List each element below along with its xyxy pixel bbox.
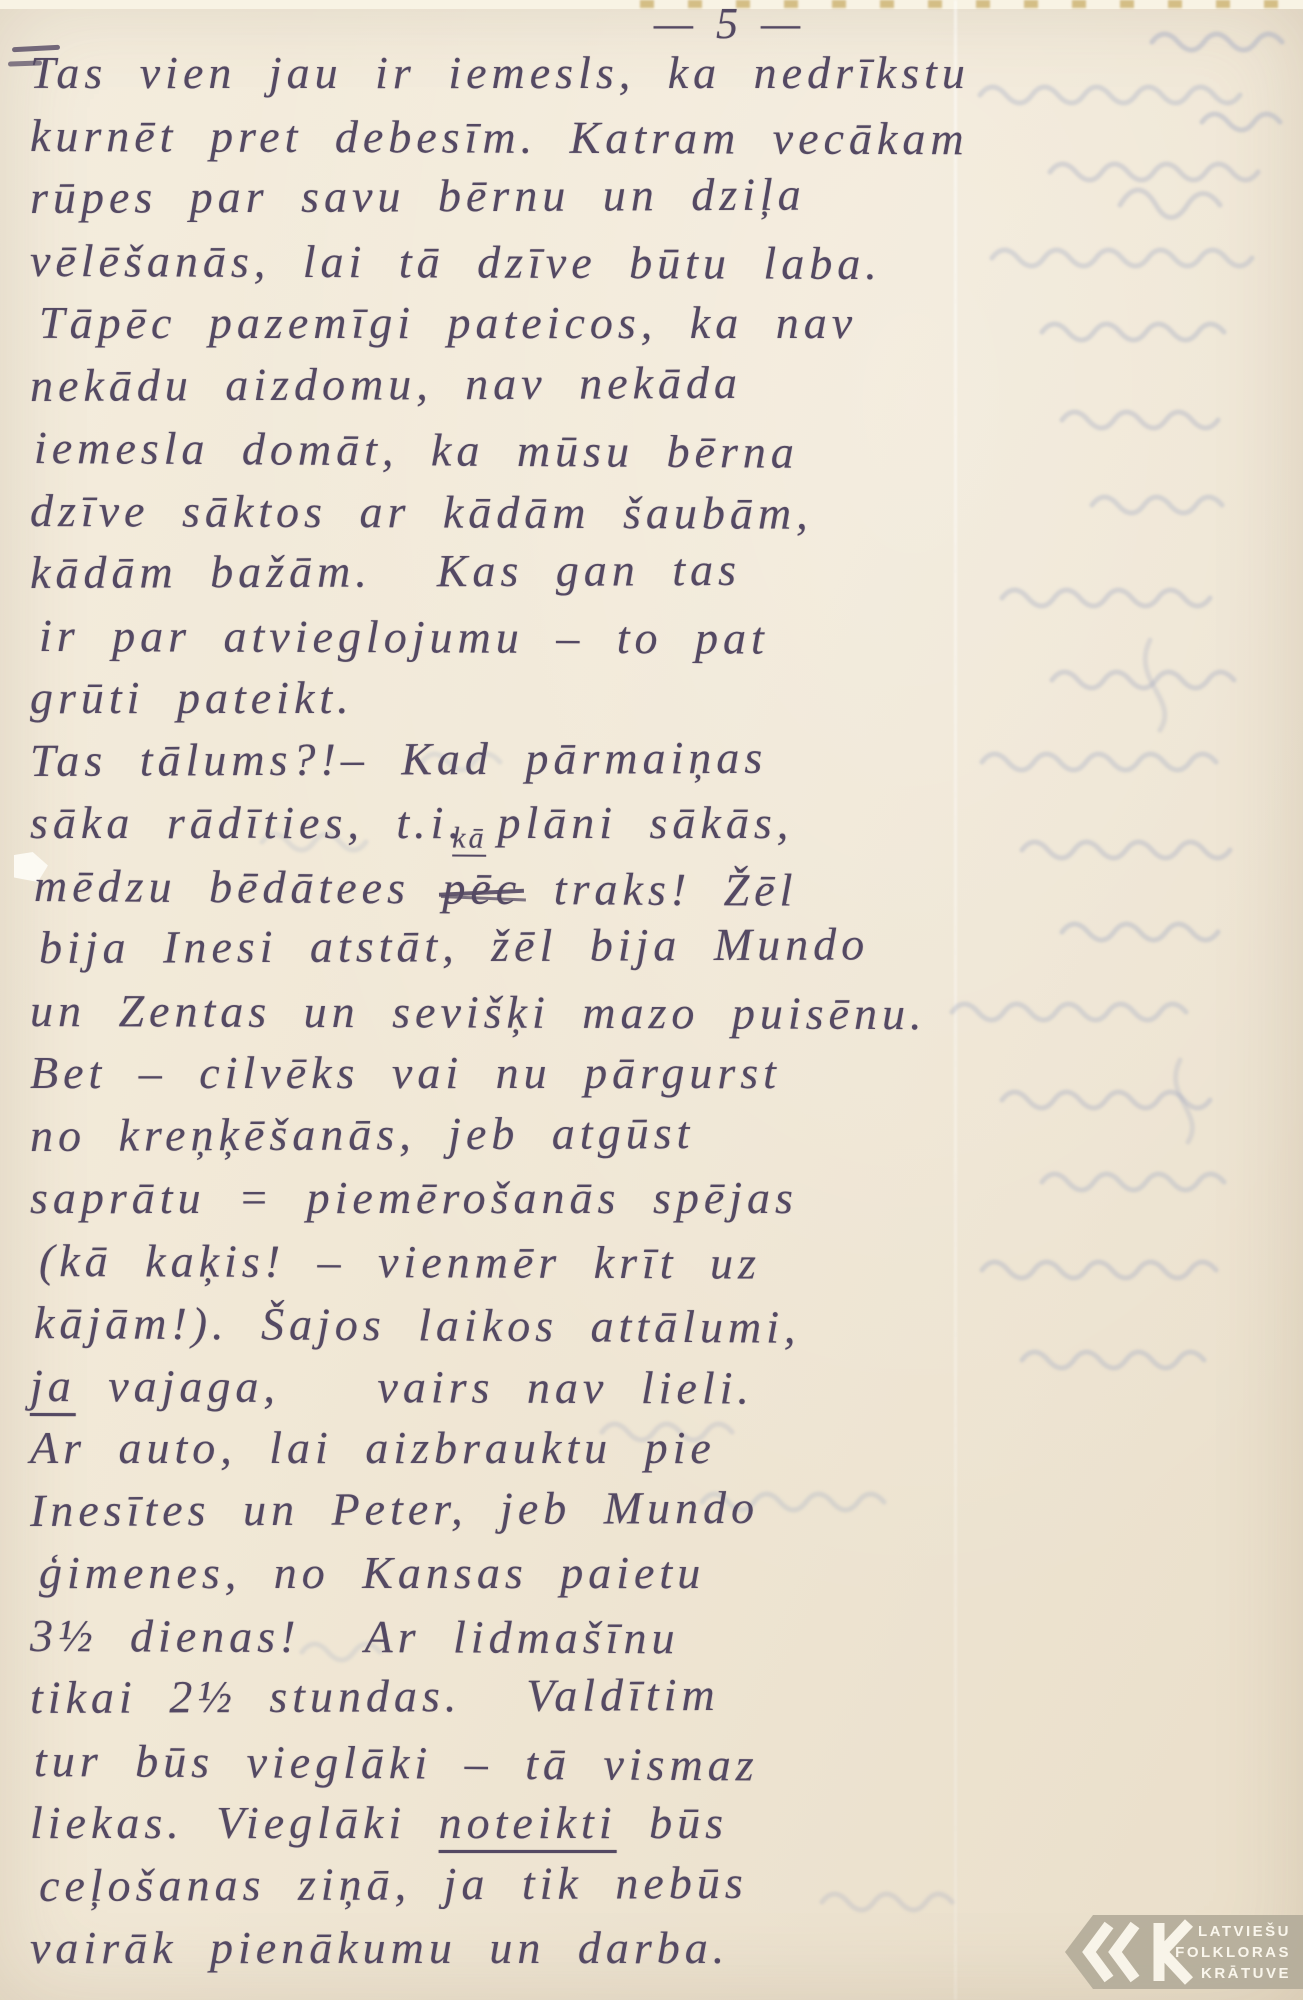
struck-word: pēc bbox=[442, 857, 521, 920]
handwritten-line: Tāpēc pazemīgi pateicos, ka nav bbox=[39, 292, 1297, 355]
handwritten-line: sāka rādīties, t.i. plāni sākās, bbox=[30, 792, 1297, 855]
handwritten-line: kājām!). Šajos laikos attālumi, bbox=[34, 1292, 1297, 1362]
handwritten-line: liekas. Vieglāki noteikti būs bbox=[30, 1792, 1297, 1855]
handwritten-line: rūpes par savu bērnu un dziļa bbox=[30, 161, 1297, 229]
letter-body: Tas vien jau ir iemesls, ka nedrīkstukur… bbox=[30, 42, 1297, 1980]
handwritten-line: vairāk pienākumu un darba. bbox=[30, 1917, 1297, 1980]
handwritten-line: saprātu = piemērošanās spējas bbox=[30, 1167, 1297, 1230]
handwritten-line: Inesītes un Peter, jeb Mundo bbox=[30, 1474, 1297, 1542]
handwritten-line: nekādu aizdomu, nav nekāda bbox=[30, 349, 1297, 417]
handwritten-line: ja vajaga, vairs nav lieli. bbox=[30, 1355, 1297, 1422]
handwritten-line: no kreņķēšanās, jeb atgūst bbox=[30, 1099, 1297, 1167]
handwritten-line: vēlēšanās, lai tā dzīve būtu laba. bbox=[30, 230, 1297, 297]
handwritten-line: iemesla domāt, ka mūsu bērna bbox=[34, 417, 1297, 487]
handwritten-line: Bet – cilvēks vai nu pārgurst bbox=[30, 1042, 1297, 1105]
interlinear-insertion: kā bbox=[452, 823, 487, 856]
underlined-word: noteikti bbox=[439, 1797, 617, 1848]
handwritten-line: tur būs vieglāki – tā vismaz bbox=[34, 1730, 1297, 1800]
handwritten-line: ģimenes, no Kansas paietu bbox=[39, 1542, 1297, 1605]
handwritten-line: grūti pateikt. bbox=[30, 667, 1297, 730]
handwritten-line: ceļošanas ziņā, ja tik nebūs bbox=[39, 1849, 1297, 1917]
handwritten-line: (kā kaķis! – vienmēr krīt uz bbox=[39, 1230, 1297, 1297]
handwritten-line: tikai 2½ stundas. Valdītim bbox=[30, 1661, 1297, 1729]
handwritten-line: kādām bažām. Kas gan tas bbox=[30, 536, 1297, 604]
handwritten-line: un Zentas un sevišķi mazo puisēnu. bbox=[30, 980, 1297, 1047]
handwritten-line: ir par atvieglojumu – to pat bbox=[39, 605, 1297, 672]
handwritten-line: bija Inesi atstāt, žēl bija Mundo bbox=[39, 912, 1297, 980]
letter-scan-page: — 5 — Tas vien jau ir iemesls, ka nedrīk… bbox=[0, 0, 1303, 2000]
handwritten-line: Ar auto, lai aizbrauktu pie bbox=[30, 1417, 1297, 1480]
underlined-word: ja bbox=[30, 1360, 76, 1411]
correction-group: pēckā bbox=[442, 857, 521, 920]
handwritten-line: Tas vien jau ir iemesls, ka nedrīkstu bbox=[30, 42, 1297, 105]
handwritten-line: Tas tālums?!– Kad pārmaiņas bbox=[30, 724, 1297, 792]
